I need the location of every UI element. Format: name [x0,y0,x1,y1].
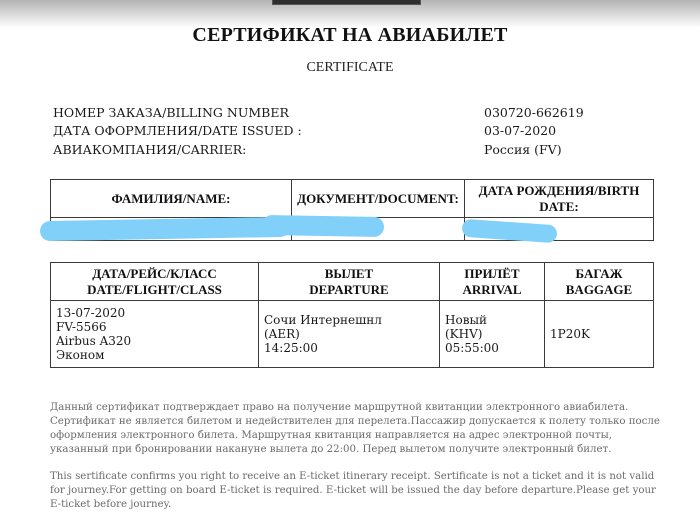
fare-class: Эконом [56,348,104,362]
arrival-time: 05:55:00 [445,341,499,355]
billing-number-label: НОМЕР ЗАКАЗА/BILLING NUMBER [53,104,289,122]
baggage-cell: 1P20K [545,301,654,368]
header-ru: ВЫЛЕТ [325,266,373,281]
carrier-label: АВИАКОМПАНИЯ/CARRIER: [53,141,246,159]
date-flight-class-header: ДАТА/РЕЙС/КЛАССDATE/FLIGHT/CLASS [51,263,259,301]
flight-number: FV-5566 [56,320,106,334]
arrival-code: (KHV) [445,327,482,341]
page-title: СЕРТИФИКАТ НА АВИАБИЛЕТ [0,24,700,47]
header-en: DATE/FLIGHT/CLASS [87,282,222,297]
header-ru: ПРИЛЁТ [464,266,519,281]
page-subtitle: CERTIFICATE [0,60,700,76]
arrival-airport: Новый [445,313,487,327]
departure-code: (AER) [264,327,300,341]
passenger-header-row: ФАМИЛИЯ/NAME: ДОКУМЕНТ/DOCUMENT: ДАТА РО… [51,180,654,218]
top-bar [272,0,421,5]
header-ru: БАГАЖ [576,266,623,281]
date-issued-label: ДАТА ОФОРМЛЕНИЯ/DATE ISSUED : [53,122,302,140]
departure-time: 14:25:00 [264,341,318,355]
flight-header-row: ДАТА/РЕЙС/КЛАССDATE/FLIGHT/CLASS ВЫЛЕТDE… [51,263,654,301]
date-issued-value: 03-07-2020 [484,122,556,140]
redaction-scribble-document [262,215,384,237]
note-en: This sertificate confirms you right to r… [50,470,670,512]
billing-number-value: 030720-662619 [484,104,584,122]
departure-cell: Сочи Интернешнл (AER) 14:25:00 [259,301,440,368]
aircraft: Airbus A320 [56,334,131,348]
carrier-value: Россия (FV) [484,141,562,159]
header-ru: ДАТА/РЕЙС/КЛАСС [92,266,217,281]
note-ru: Данный сертификат подтверждает право на … [50,401,670,457]
flight-date: 13-07-2020 [56,306,125,320]
birth-date-header: ДАТА РОЖДЕНИЯ/BIRTH DATE: [465,180,654,218]
header-en: DEPARTURE [309,282,388,297]
arrival-header: ПРИЛЁТARRIVAL [440,263,545,301]
document-header: ДОКУМЕНТ/DOCUMENT: [292,180,465,218]
header-en: BAGGAGE [566,282,632,297]
date-flight-class-cell: 13-07-2020 FV-5566 Airbus A320 Эконом [51,301,259,368]
header-en: ARRIVAL [463,282,522,297]
baggage-header: БАГАЖBAGGAGE [545,263,654,301]
arrival-cell: Новый (KHV) 05:55:00 [440,301,545,368]
departure-airport: Сочи Интернешнл [264,313,382,327]
departure-header: ВЫЛЕТDEPARTURE [259,263,440,301]
flight-row: 13-07-2020 FV-5566 Airbus A320 Эконом Со… [51,301,654,368]
flight-table: ДАТА/РЕЙС/КЛАССDATE/FLIGHT/CLASS ВЫЛЕТDE… [50,262,654,368]
name-header: ФАМИЛИЯ/NAME: [51,180,292,218]
